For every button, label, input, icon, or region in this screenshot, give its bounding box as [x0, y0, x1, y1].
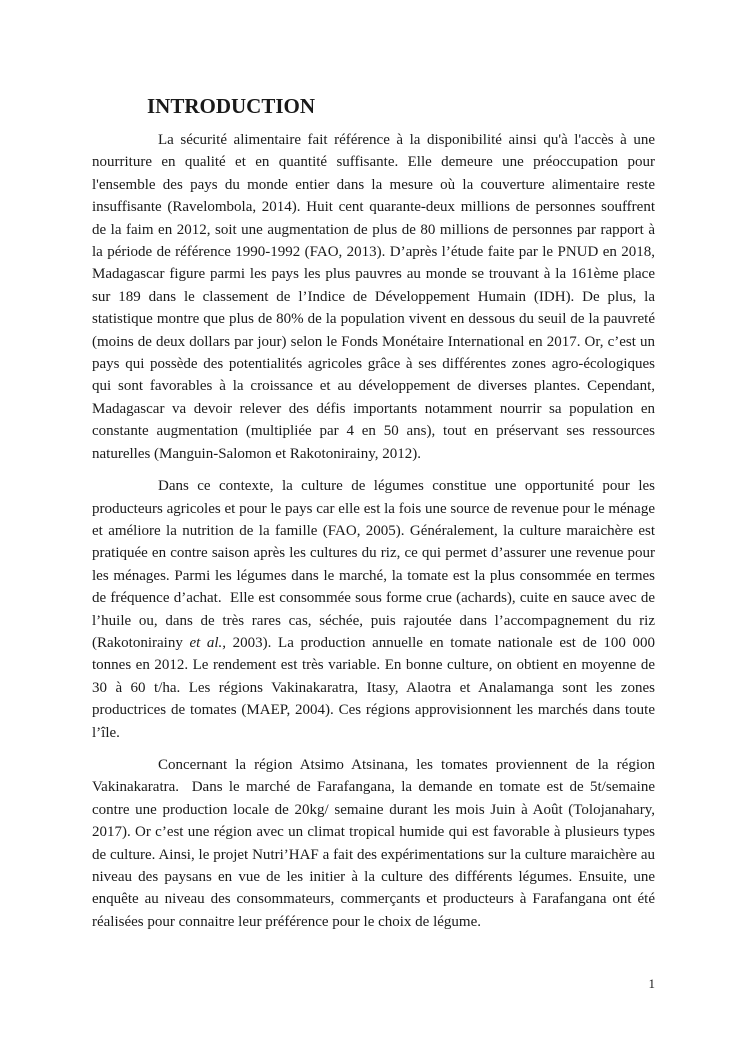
paragraphs-container: La sécurité alimentaire fait référence à…: [92, 129, 655, 933]
paragraph: Dans ce contexte, la culture de légumes …: [92, 475, 655, 744]
paragraph: La sécurité alimentaire fait référence à…: [92, 129, 655, 465]
document-content: INTRODUCTION La sécurité alimentaire fai…: [92, 94, 655, 943]
section-heading: INTRODUCTION: [147, 94, 655, 118]
document-page: INTRODUCTION La sécurité alimentaire fai…: [0, 0, 745, 1053]
text-run: Dans ce contexte, la culture de légumes …: [92, 478, 655, 651]
page-number: 1: [649, 976, 656, 991]
paragraph: Concernant la région Atsimo Atsinana, le…: [92, 754, 655, 933]
text-run: Concernant la région Atsimo Atsinana, le…: [92, 757, 655, 930]
text-run: La sécurité alimentaire fait référence à…: [92, 132, 655, 462]
italic-citation: et al.,: [189, 635, 226, 651]
